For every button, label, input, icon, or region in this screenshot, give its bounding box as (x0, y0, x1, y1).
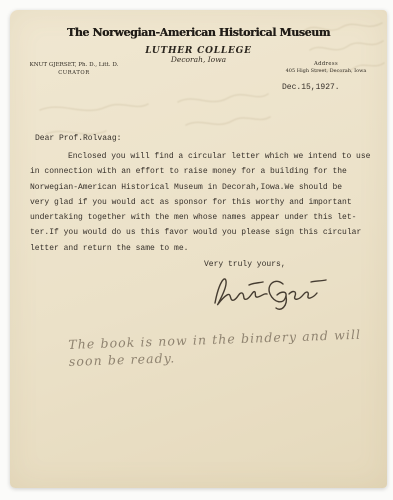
letterhead-title: The Norwegian-American Historical Museum (10, 26, 387, 39)
letterhead-college: LUTHER COLLEGE (10, 46, 387, 56)
signature (208, 270, 330, 316)
body-line: very glad if you would act as sponsor fo… (30, 195, 370, 210)
body-line: ter.If you would do us this favor would … (30, 225, 370, 240)
letterhead-curator-block: KNUT GJERSET, Ph. D., Litt. D. CURATOR (18, 61, 130, 77)
letter-date: Dec.15,1927. (282, 83, 340, 92)
curator-title: CURATOR (18, 69, 130, 77)
address-value: 405 High Street, Decorah, Iowa (272, 68, 380, 75)
body-line: Norwegian-American Historical Museum in … (30, 180, 370, 195)
handwritten-note: The book is now in the bindery and will … (68, 326, 369, 370)
letter-salutation: Dear Prof.Rolvaag: (35, 134, 121, 143)
curator-name: KNUT GJERSET, Ph. D., Litt. D. (18, 61, 130, 69)
body-line: in connection with an effort to raise mo… (30, 164, 370, 179)
body-line: Enclosed you will find a circular letter… (30, 149, 370, 164)
body-line: undertaking together with the men whose … (30, 210, 370, 225)
letter-closing: Very truly yours, (204, 260, 286, 269)
letter-paper: The Norwegian-American Historical Museum… (10, 10, 387, 488)
letter-body: Enclosed you will find a circular letter… (30, 149, 370, 256)
address-label: Address (272, 61, 380, 68)
body-line: letter and return the same to me. (30, 241, 370, 256)
letterhead-address-block: Address 405 High Street, Decorah, Iowa (272, 61, 380, 75)
